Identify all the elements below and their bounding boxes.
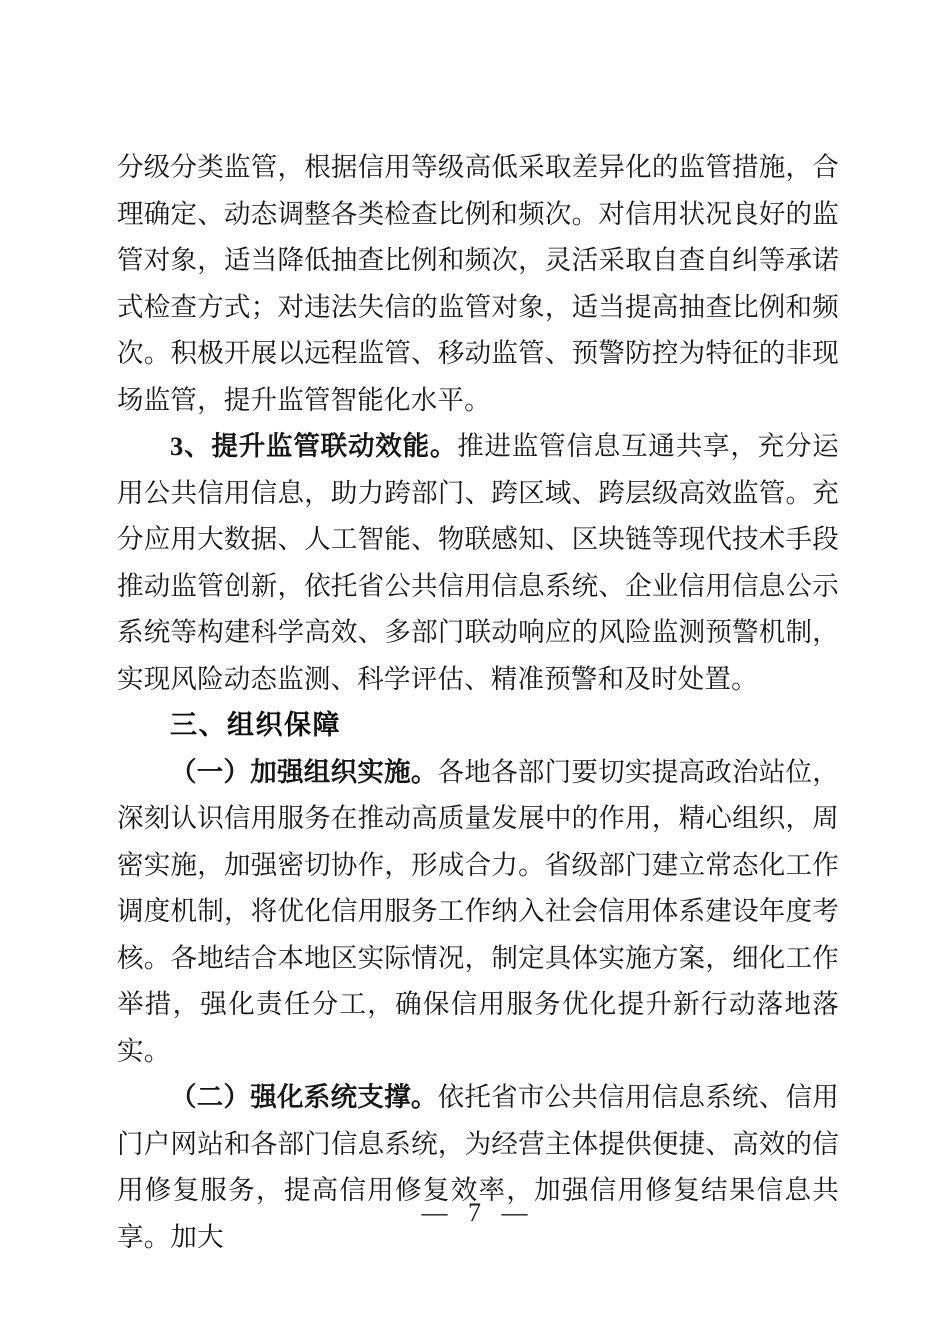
paragraph-continued: 分级分类监管，根据信用等级高低采取差异化的监管措施，合理确定、动态调整各类检查比… [117,144,839,423]
paragraph-lead-bold: 3、提升监管联动效能。 [170,431,457,461]
paragraph-lead-bold: （一）加强组织实施。 [170,757,438,787]
paragraph-lead-bold: （二）强化系统支撑。 [170,1082,438,1112]
paragraph-text: 各地各部门要切实提高政治站位，深刻认识信用服务在推动高质量发展中的作用，精心组织… [117,757,839,1066]
document-page: 分级分类监管，根据信用等级高低采取差异化的监管措施，合理确定、动态调整各类检查比… [0,0,950,1343]
paragraph-item-1: （一）加强组织实施。各地各部门要切实提高政治站位，深刻认识信用服务在推动高质量发… [117,749,839,1075]
paragraph-text: 分级分类监管，根据信用等级高低采取差异化的监管措施，合理确定、动态调整各类检查比… [117,152,839,415]
page-number: — 7 — [117,1193,839,1233]
document-body: 分级分类监管，根据信用等级高低采取差异化的监管措施，合理确定、动态调整各类检查比… [117,144,839,1260]
paragraph-text: 推进监管信息互通共享，充分运用公共信用信息，助力跨部门、跨区域、跨层级高效监管。… [117,431,839,694]
section-heading: 三、组织保障 [117,702,839,749]
paragraph-item-3: 3、提升监管联动效能。推进监管信息互通共享，充分运用公共信用信息，助力跨部门、跨… [117,423,839,702]
